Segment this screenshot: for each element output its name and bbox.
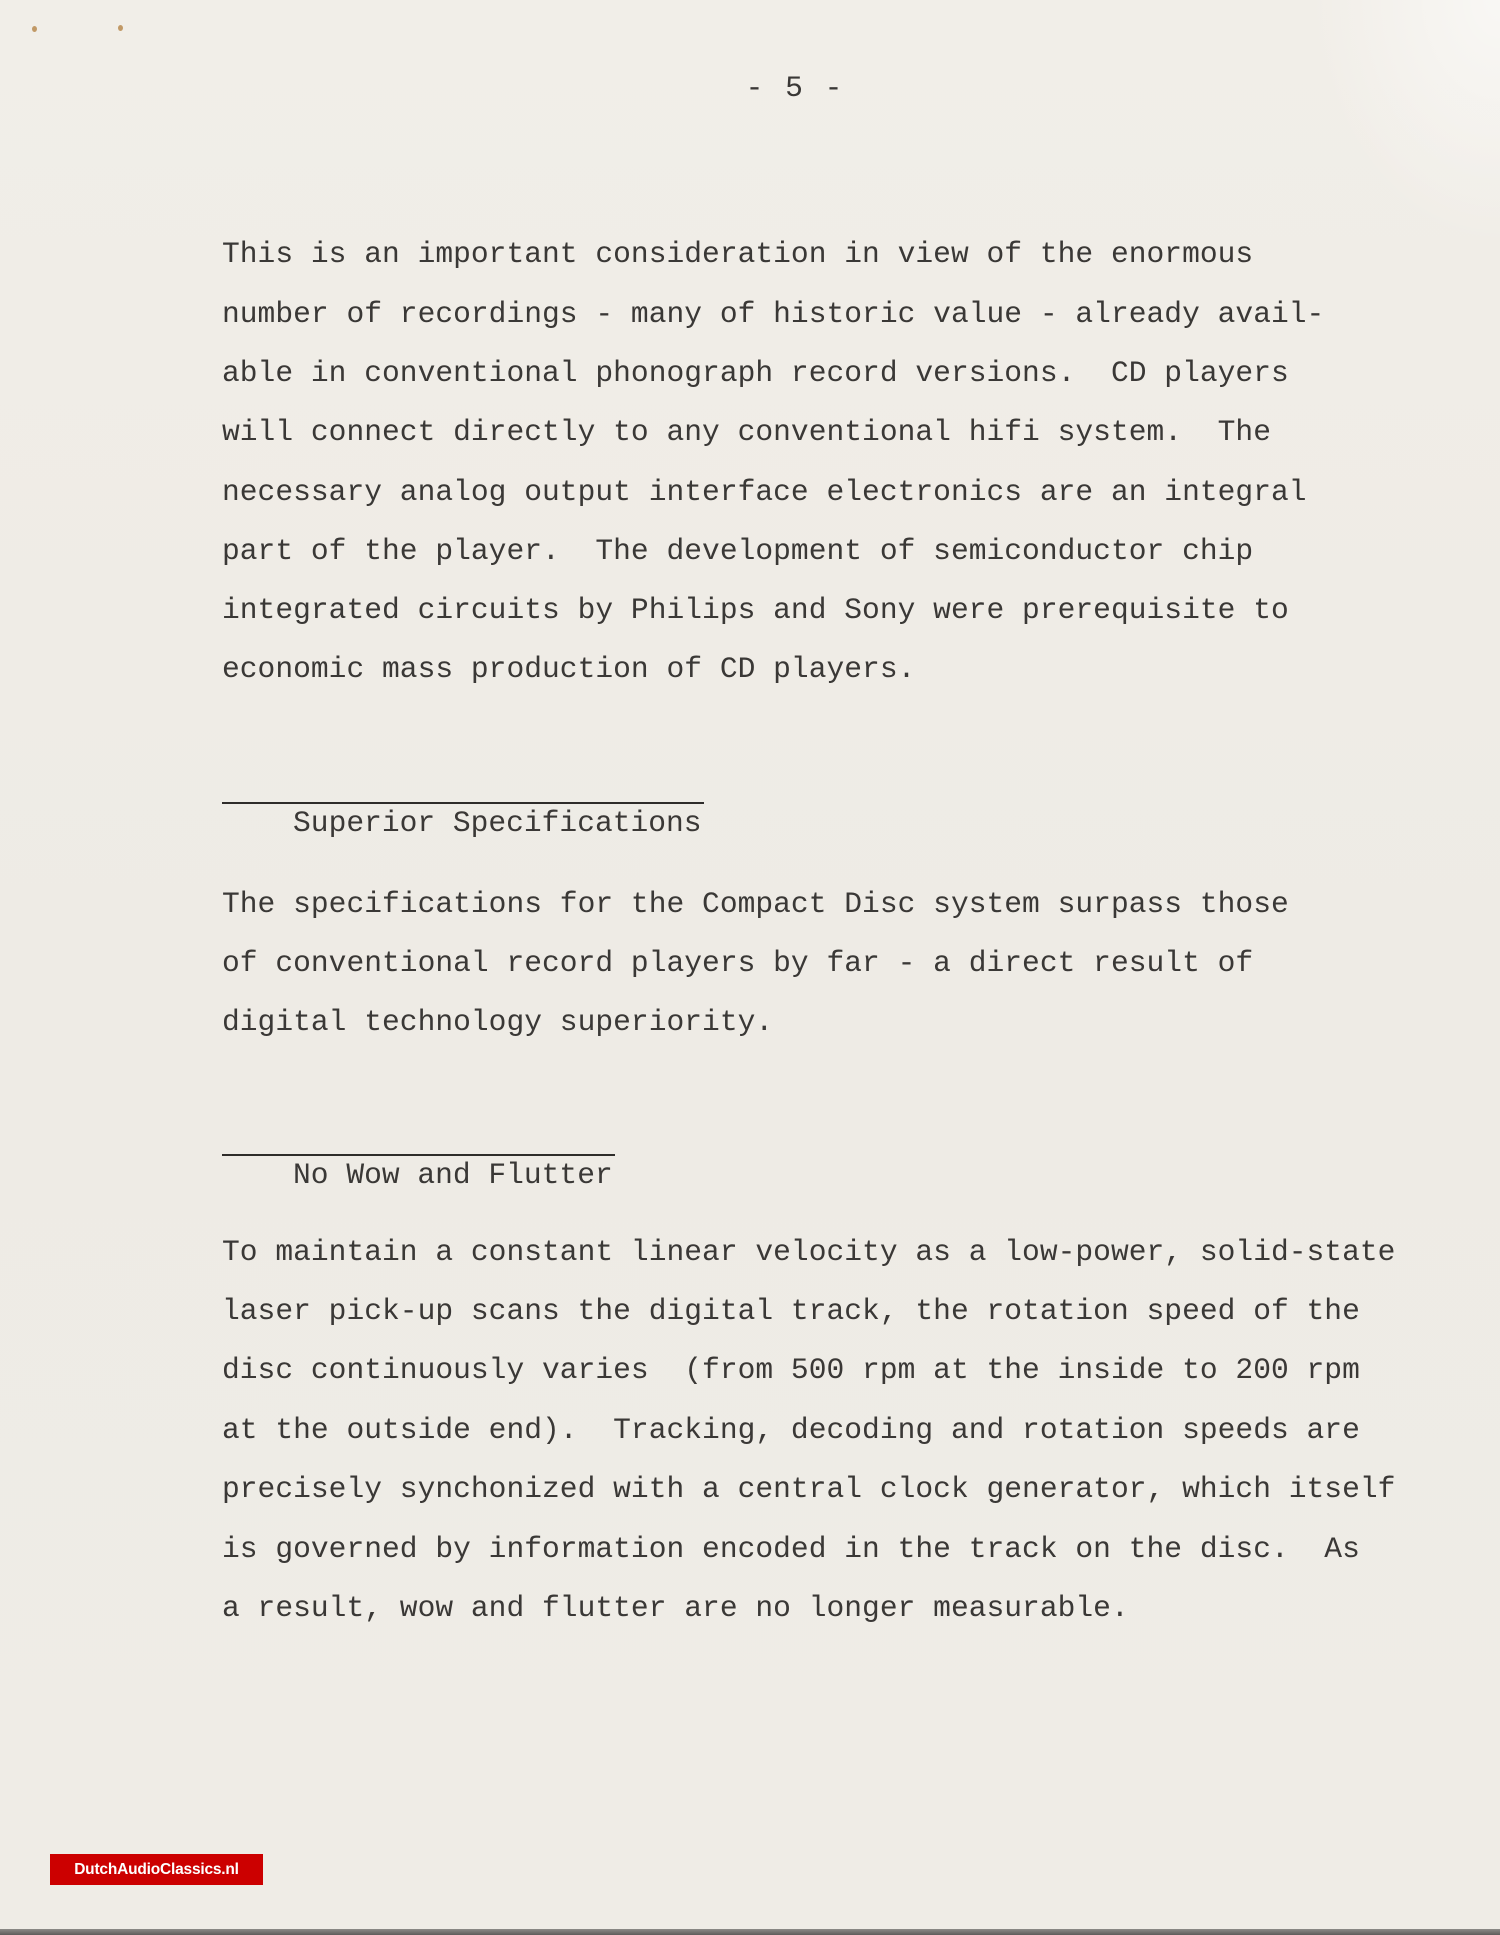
text-line: integrated circuits by Philips and Sony …	[222, 592, 1289, 628]
text-line: of conventional record players by far - …	[222, 945, 1253, 981]
text-line: To maintain a constant linear velocity a…	[222, 1234, 1395, 1270]
text-line: is governed by information encoded in th…	[222, 1531, 1360, 1567]
scan-bottom-edge	[0, 1929, 1500, 1935]
text-line: This is an important consideration in vi…	[222, 236, 1253, 272]
paper-speck	[32, 26, 37, 32]
text-line: economic mass production of CD players.	[222, 651, 915, 687]
text-line: necessary analog output interface electr…	[222, 474, 1307, 510]
text-line: disc continuously varies (from 500 rpm a…	[222, 1352, 1360, 1388]
watermark-badge: DutchAudioClassics.nl	[50, 1854, 263, 1885]
text-line: able in conventional phonograph record v…	[222, 355, 1289, 391]
text-line: The specifications for the Compact Disc …	[222, 886, 1289, 922]
paper-speck	[118, 25, 123, 31]
text-line: precisely synchonized with a central clo…	[222, 1471, 1395, 1507]
page-number: - 5 -	[0, 70, 1500, 106]
text-line: part of the player. The development of s…	[222, 533, 1253, 569]
heading-underline	[222, 1154, 615, 1156]
section-heading-text: No Wow and Flutter	[293, 1158, 613, 1192]
heading-underline	[222, 802, 704, 804]
section-heading-text: Superior Specifications	[293, 806, 701, 840]
text-line: a result, wow and flutter are no longer …	[222, 1590, 1129, 1626]
text-line: digital technology superiority.	[222, 1004, 773, 1040]
text-line: will connect directly to any conventiona…	[222, 414, 1271, 450]
text-line: laser pick-up scans the digital track, t…	[222, 1293, 1360, 1329]
text-line: number of recordings - many of historic …	[222, 296, 1324, 332]
text-line: at the outside end). Tracking, decoding …	[222, 1412, 1360, 1448]
